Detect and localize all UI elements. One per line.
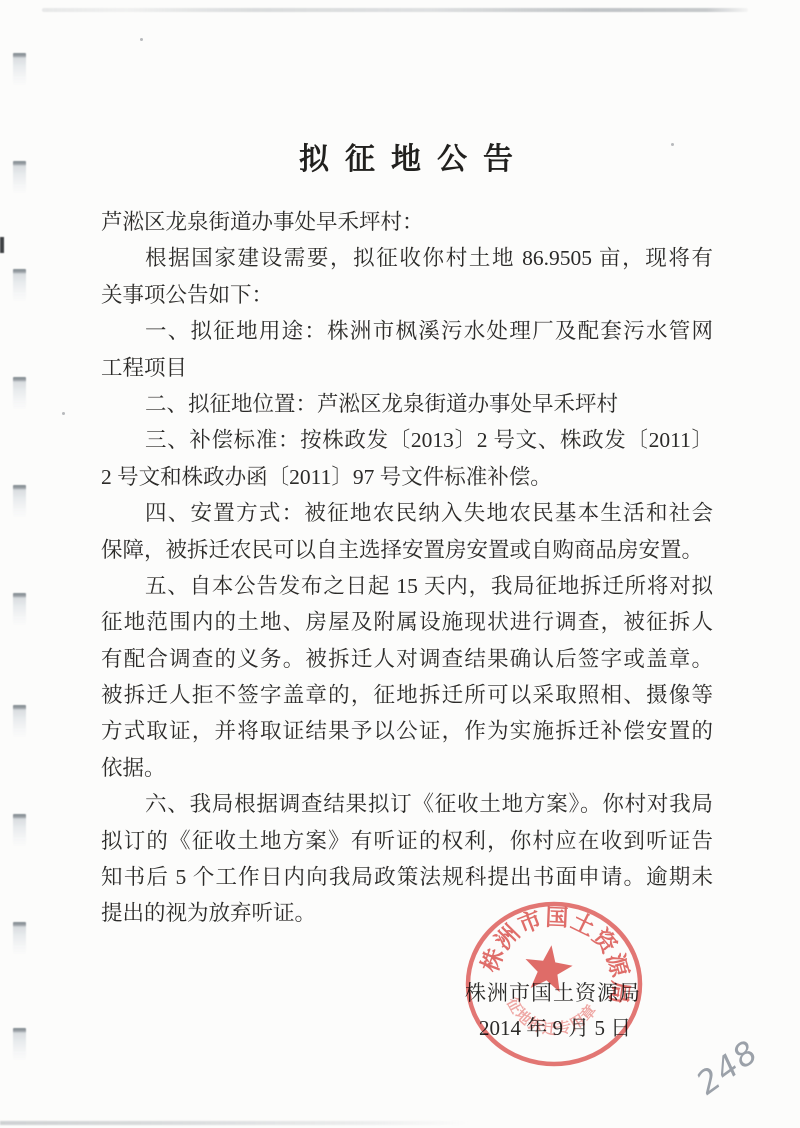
doc-line: 拟订的《征收土地方案》有听证的权利，你村应在收到听证告 bbox=[101, 823, 713, 859]
handwritten-page-number: 248 bbox=[689, 1032, 766, 1102]
doc-line: 工程项目 bbox=[101, 350, 713, 386]
doc-line: 2 号文和株政办函〔2011〕97 号文件标准补偿。 bbox=[101, 459, 713, 495]
binder-hole-mark bbox=[13, 377, 26, 410]
binder-hole-mark bbox=[13, 161, 26, 194]
doc-line: 三、补偿标准：按株政发〔2013〕2 号文、株政发〔2011〕 bbox=[101, 422, 713, 458]
doc-line: 四、安置方式：被征地农民纳入失地农民基本生活和社会 bbox=[101, 495, 713, 531]
binder-hole-mark bbox=[13, 922, 26, 955]
doc-line: 六、我局根据调查结果拟订《征收土地方案》。你村对我局 bbox=[101, 786, 713, 822]
doc-line: 依据。 bbox=[101, 750, 713, 786]
scan-edge-mark bbox=[0, 237, 4, 253]
binder-hole-mark bbox=[13, 1028, 26, 1061]
doc-line: 提出的视为放弃听证。 bbox=[101, 895, 713, 931]
scan-speck bbox=[62, 412, 65, 415]
issuer-agency-name: 株洲市国土资源局 bbox=[465, 977, 641, 1007]
doc-line: 二、拟征地位置：芦淞区龙泉街道办事处早禾坪村 bbox=[101, 386, 713, 422]
binder-hole-mark bbox=[13, 705, 26, 738]
binder-hole-mark bbox=[13, 269, 26, 302]
doc-line: 五、自本公告发布之日起 15 天内，我局征地拆迁所将对拟 bbox=[101, 568, 713, 604]
doc-line: 方式取证，并将取证结果予以公证，作为实施拆迁补偿安置的 bbox=[101, 713, 713, 749]
scanned-document-page: 拟征地公告 芦淞区龙泉街道办事处早禾坪村： 根据国家建设需要，拟征收你村土地 8… bbox=[0, 0, 800, 1128]
doc-line: 关事项公告如下： bbox=[101, 277, 713, 313]
binder-hole-mark bbox=[13, 53, 26, 86]
scan-edge-streak-bottom bbox=[0, 1121, 470, 1125]
binder-hole-mark bbox=[13, 814, 26, 847]
doc-line: 保障，被拆迁农民可以自主选择安置房安置或自购商品房安置。 bbox=[101, 532, 713, 568]
scan-edge-streak-top bbox=[42, 8, 748, 12]
scan-speck bbox=[140, 38, 143, 41]
document-body: 芦淞区龙泉街道办事处早禾坪村： 根据国家建设需要，拟征收你村土地 86.9505… bbox=[101, 204, 713, 932]
document-title: 拟征地公告 bbox=[299, 134, 529, 178]
issue-date: 2014 年 9 月 5 日 bbox=[479, 1012, 631, 1042]
doc-line: 根据国家建设需要，拟征收你村土地 86.9505 亩，现将有 bbox=[101, 240, 713, 276]
binder-hole-mark bbox=[13, 485, 26, 518]
doc-line: 有配合调查的义务。被拆迁人对调查结果确认后签字或盖章。 bbox=[101, 641, 713, 677]
doc-line: 知书后 5 个工作日内向我局政策法规科提出书面申请。逾期未 bbox=[101, 859, 713, 895]
scan-speck bbox=[671, 143, 674, 146]
doc-line: 被拆迁人拒不签字盖章的，征地拆迁所可以采取照相、摄像等 bbox=[101, 677, 713, 713]
binder-hole-mark bbox=[13, 593, 26, 626]
doc-line: 芦淞区龙泉街道办事处早禾坪村： bbox=[101, 204, 713, 240]
doc-line: 一、拟征地用途：株洲市枫溪污水处理厂及配套污水管网 bbox=[101, 313, 713, 349]
doc-line: 征地范围内的土地、房屋及附属设施现状进行调查，被征拆人 bbox=[101, 604, 713, 640]
